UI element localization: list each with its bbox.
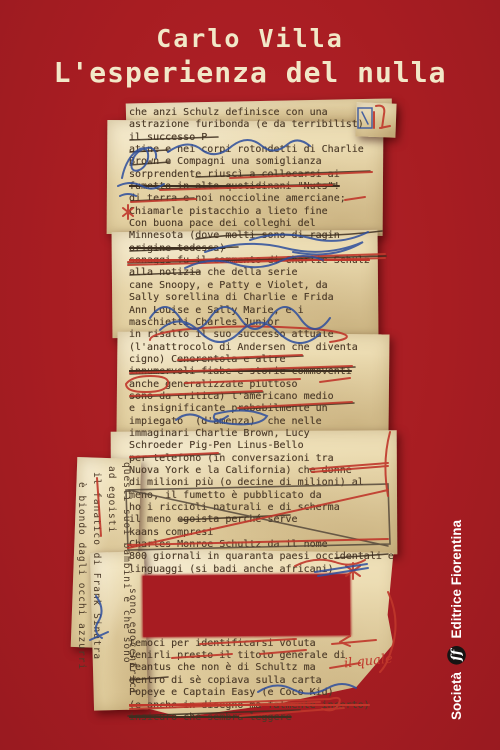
typed-line: Nuova York e la California) che donne <box>129 465 397 477</box>
typed-line: origine tedesca) <box>129 243 397 255</box>
typed-line: 800 giornali in quaranta paesi occidenta… <box>129 551 397 563</box>
title-block: Carlo Villa L'esperienza del nulla <box>0 24 500 90</box>
typed-line: temoci per identificarsi voluta <box>129 638 397 650</box>
publisher-prefix: Società <box>449 672 464 720</box>
typed-line: cigno) Cenerentola e altre <box>129 354 397 366</box>
typed-line: il successo P <box>129 132 397 144</box>
typed-line: e insignificante probabilmente un <box>129 403 397 415</box>
typed-line: kaans compresi <box>129 527 397 539</box>
typed-line: in risalto il suo successo attuale <box>129 329 397 341</box>
typed-line: meno, il fumetto è pubblicato da <box>129 490 397 502</box>
typed-line: innumervoli fiabe e storie commoventi <box>129 366 397 378</box>
typed-line: Brown e Compagni una somiglianza <box>129 156 397 168</box>
typed-line: anche generalizzate piuttoso <box>129 379 397 391</box>
publisher-spine: Società ſf Editrice Fiorentina <box>441 520 475 720</box>
typed-line: di terra e noi noccioline amerciane; <box>129 193 397 205</box>
typed-line: il meno egoista perché serve <box>129 514 397 526</box>
typed-line: insicuro che sembra leggere <box>129 712 397 724</box>
typed-line: astrazione furibonda (e da terribilist) <box>129 119 397 131</box>
typed-line: (l'anattrocolo di Andersen che diventa <box>129 342 397 354</box>
typed-line: Con buona pace dei colleghi del <box>129 218 397 230</box>
typed-line: sonaggi fu il commento di Charlie Schulz <box>129 255 397 267</box>
typed-line: di milioni più (o decine di milioni) al <box>129 477 397 489</box>
typed-line: sono da critica) l'americano medio <box>129 391 397 403</box>
margin-line: il fanatico di Frank Sinatra <box>91 472 102 660</box>
typed-line: che anzi Schulz definisce con una <box>129 107 397 119</box>
typed-line: impiegato (d'amenza) che nelle <box>129 416 397 428</box>
sef-logo-icon: ſf <box>445 646 468 665</box>
typed-line: fumetto in alto quotidinani "Nuts"! <box>129 181 397 193</box>
typed-line: immaginari Charlie Brown, Lucy <box>129 428 397 440</box>
typed-line: Sally sorellina di Charlie e Frida <box>129 292 397 304</box>
publisher-row: Società ſf Editrice Fiorentina <box>441 520 471 720</box>
typed-line: Charles Monroe Schultz da il nome <box>129 539 397 551</box>
typed-line: Schroeder Pig-Pen Linus-Bello <box>129 440 397 452</box>
margin-line: è biondo dagli occhi azzurri <box>76 482 87 670</box>
typed-line: cane Snoopy, e Patty e Violet, da <box>129 280 397 292</box>
typed-line: Minnesota (dove molti sono di ragin <box>129 230 397 242</box>
typed-line: atine e nei corpi rotondetti di Charlie <box>129 144 397 156</box>
book-cover: { "cover": { "author": "Carlo Villa", "t… <box>0 0 500 750</box>
typed-line: Chiamarle pistacchio a lieto fine <box>129 206 397 218</box>
typed-line: alla notizia che della serie <box>129 267 397 279</box>
author-name: Carlo Villa <box>0 24 500 54</box>
typed-line: (e anche in disegno ma falmente incerto) <box>129 700 397 712</box>
margin-line: sono egocentrici <box>127 588 138 696</box>
typed-line: sorprendente riuscì a collocarsi ai <box>129 169 397 181</box>
typed-line: Ann Louise e Sally Marie, e i <box>129 305 397 317</box>
typed-line: per telefono (in conversazioni tra <box>129 453 397 465</box>
typed-line: maschietti Charles Junior <box>129 317 397 329</box>
typed-line: ho i riccioli naturali e di scherma <box>129 502 397 514</box>
publisher-name: Editrice Fiorentina <box>449 520 464 639</box>
typed-line: Popeye e Captain Easy (e Coco Kid) <box>129 687 397 699</box>
redaction-block <box>143 574 351 637</box>
typed-line: dentro di sè copiava sulla carta <box>129 675 397 687</box>
margin-line: ad egoisti <box>106 466 117 533</box>
page-title: L'esperienza del nulla <box>0 56 500 90</box>
